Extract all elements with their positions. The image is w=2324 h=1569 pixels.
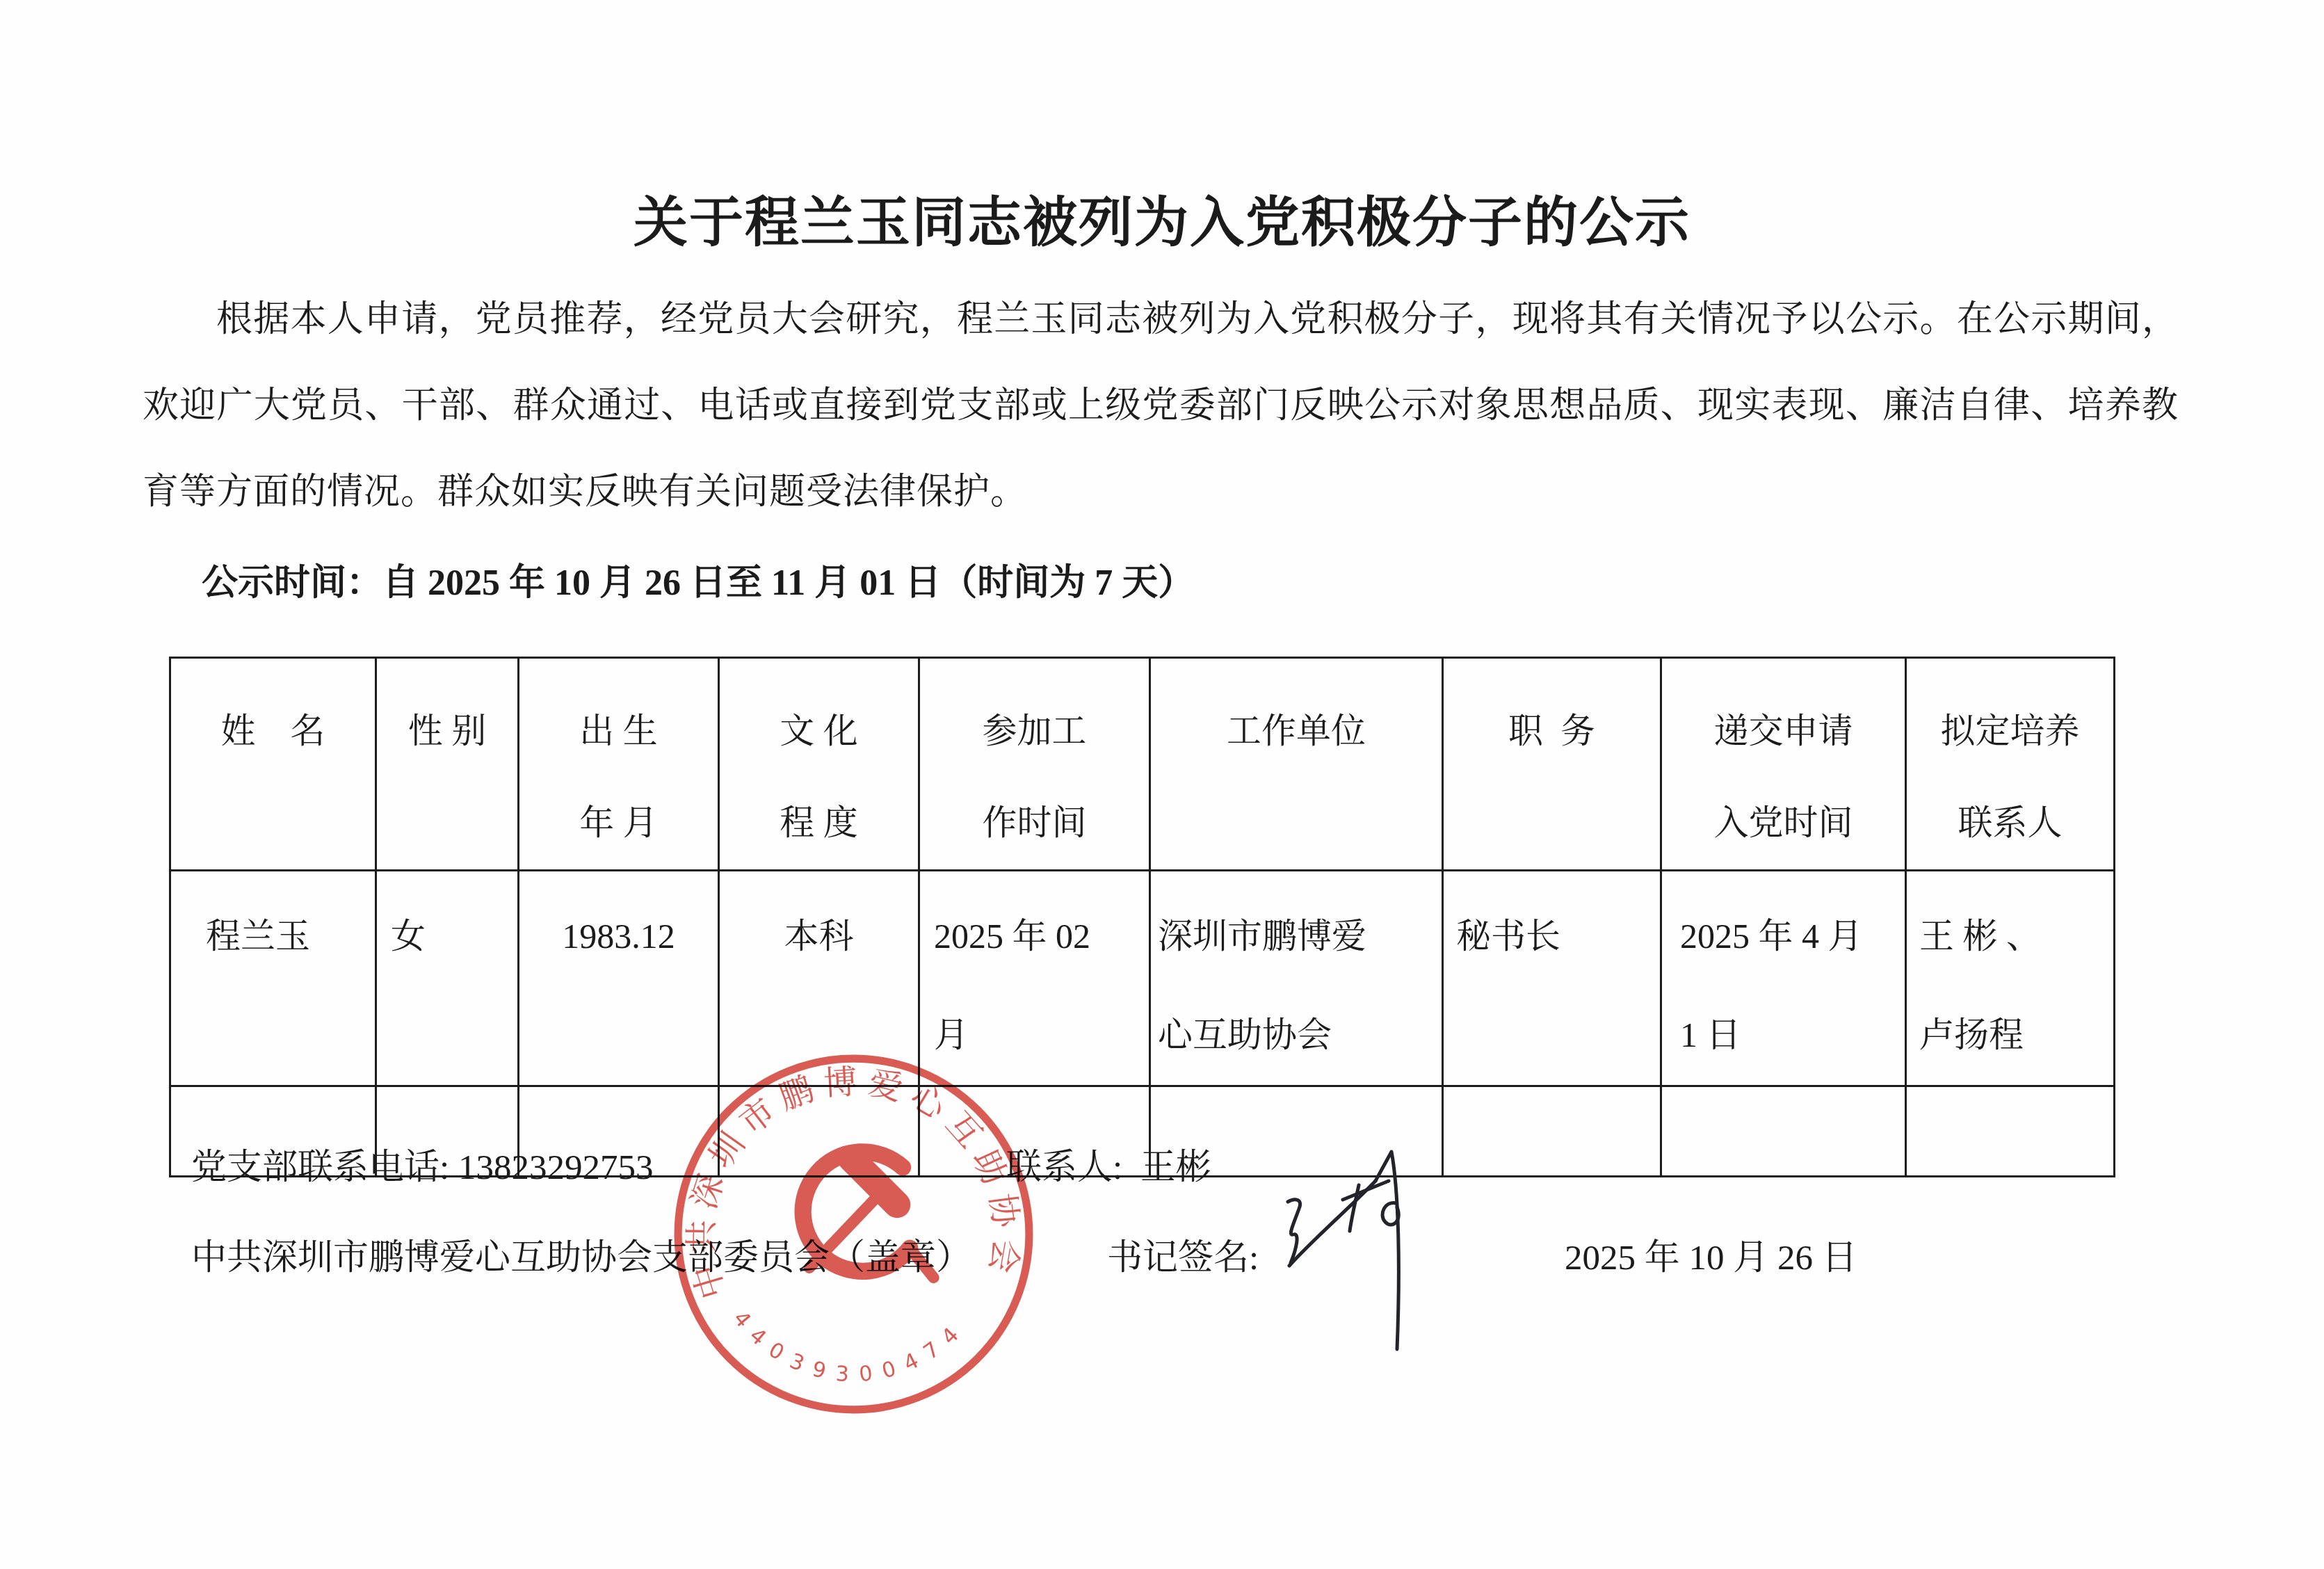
cell-application-date: 2025 年 4 月 1 日 [1661, 871, 1906, 1086]
table-header-row: 姓 名 性 别 出 生 年 月 文 化 程 度 参加工 作时间 工作单位 职 务… [170, 658, 2115, 871]
cell-name: 程兰玉 [170, 871, 376, 1086]
header-cultivation-contact: 拟定培养 联系人 [1906, 658, 2115, 871]
issue-date: 2025 年 10 月 26 日 [1565, 1228, 1857, 1280]
notice-time-line: 公示时间：自 2025 年 10 月 26 日至 11 月 01 日（时间为 7… [143, 553, 2179, 605]
header-application-date: 递交申请 入党时间 [1661, 658, 1906, 871]
header-work-start: 参加工 作时间 [919, 658, 1150, 871]
document-page: 关于程兰玉同志被列为入党积极分子的公示 根据本人申请，党员推荐，经党员大会研究，… [0, 0, 2324, 1569]
header-gender: 性 别 [376, 658, 519, 871]
header-employer: 工作单位 [1150, 658, 1443, 871]
header-birth-date: 出 生 年 月 [519, 658, 719, 871]
cell-position: 秘书长 [1443, 871, 1661, 1086]
contact-person-line: 联系人: 王彬 [1006, 1138, 1211, 1189]
secretary-signature [1273, 1131, 1460, 1367]
cell-employer: 深圳市鹏博爱 心互助协会 [1150, 871, 1443, 1086]
branch-phone-line: 党支部联系电话: 13823292753 [191, 1138, 653, 1189]
secretary-signature-label: 书记签名: [1107, 1228, 1259, 1280]
page-title: 关于程兰玉同志被列为入党积极分子的公示 [0, 179, 2324, 257]
header-name: 姓 名 [170, 658, 376, 871]
body-paragraph: 根据本人申请，党员推荐，经党员大会研究，程兰玉同志被列为入党积极分子，现将其有关… [143, 277, 2179, 536]
cell-cultivation-contact: 王 彬 、 卢扬程 [1906, 871, 2115, 1086]
table-data-row: 程兰玉 女 1983.12 本科 2025 年 02 月 深圳市鹏博爱 心互助协… [170, 871, 2115, 1086]
applicant-info-table: 姓 名 性 别 出 生 年 月 文 化 程 度 参加工 作时间 工作单位 职 务… [169, 657, 2115, 1177]
party-emblem-icon [803, 1152, 934, 1278]
cell-gender: 女 [376, 871, 519, 1086]
header-position: 职 务 [1443, 658, 1661, 871]
seal-outer-ring [678, 1059, 1029, 1410]
official-seal: 中共深圳市鹏博爱心互助协会支部委员会 4403930047474 [671, 1052, 1036, 1417]
header-education: 文 化 程 度 [719, 658, 919, 871]
